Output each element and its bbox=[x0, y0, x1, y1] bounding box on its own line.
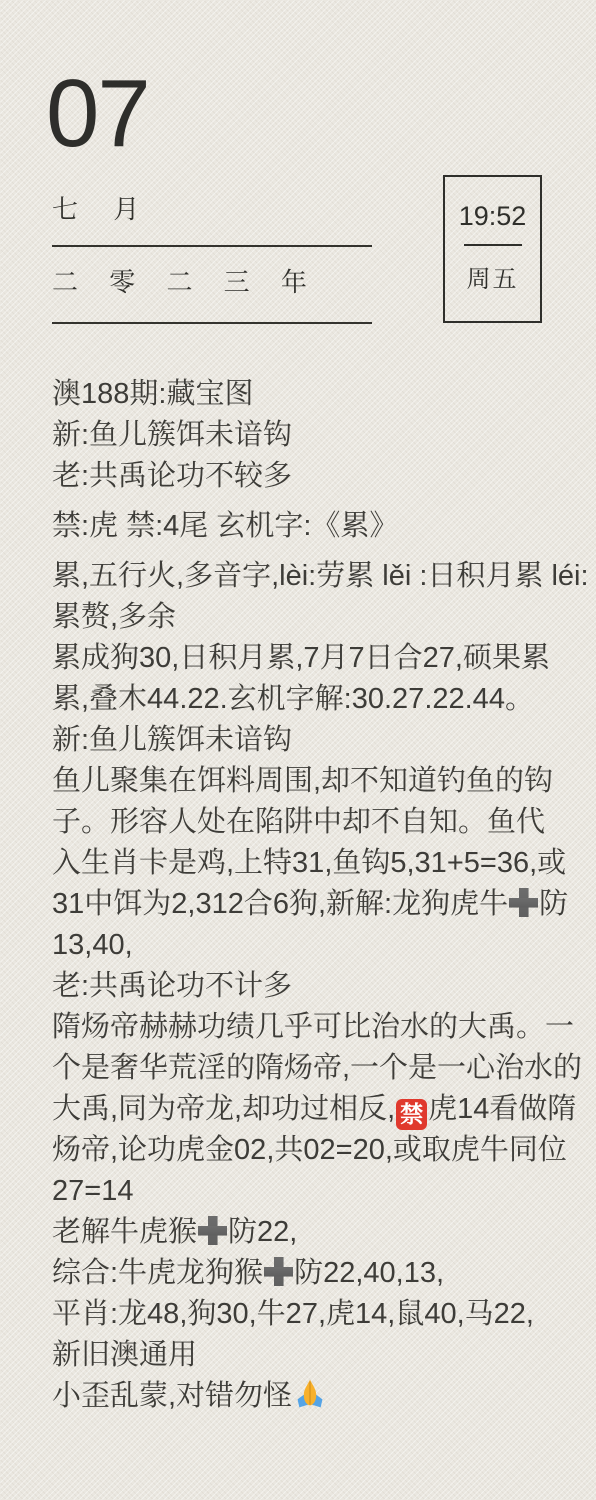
year-label: 二 零 二 三 年 bbox=[52, 267, 319, 297]
body-line: 27=14 bbox=[52, 1171, 572, 1212]
body-line: 累赘,多余 bbox=[52, 597, 572, 638]
body-line: 综合:牛虎龙狗猴防22,40,13, bbox=[52, 1253, 572, 1294]
body-line: 禁:虎 禁:4尾 玄机字:《累》 bbox=[52, 506, 572, 547]
day-number: 07 bbox=[46, 64, 149, 165]
body-line: 澳188期:藏宝图 bbox=[52, 374, 572, 415]
body-line: 老解牛虎猴防22, bbox=[52, 1212, 572, 1253]
body-line: 累,叠木44.22.玄机字解:30.27.22.44。 bbox=[52, 679, 572, 720]
body-line: 老:共禹论功不计多 bbox=[52, 966, 572, 1007]
body-line: 新:鱼儿簇饵未谙钩 bbox=[52, 720, 572, 761]
body-line: 入生肖卡是鸡,上特31,鱼钩5,31+5=36,或 bbox=[52, 843, 572, 884]
body-line: 个是奢华荒淫的隋炀帝,一个是一心治水的 bbox=[52, 1048, 572, 1089]
divider-line bbox=[52, 245, 372, 247]
body-line: 新旧澳通用 bbox=[52, 1335, 572, 1376]
body-line: 大禹,同为帝龙,却功过相反,禁虎14看做隋 bbox=[52, 1089, 572, 1130]
body-line: 13,40, bbox=[52, 925, 572, 966]
month-label: 七 月 bbox=[52, 194, 153, 224]
clock-weekday: 周五 bbox=[467, 265, 519, 295]
body-line: 累成狗30,日积月累,7月7日合27,硕果累 bbox=[52, 638, 572, 679]
plus-icon bbox=[509, 888, 538, 917]
body-line: 鱼儿聚集在饵料周围,却不知道钓鱼的钩 bbox=[52, 761, 572, 802]
body-text: 澳188期:藏宝图新:鱼儿簇饵未谙钩老:共禹论功不较多禁:虎 禁:4尾 玄机字:… bbox=[52, 374, 572, 1417]
body-line: 子。形容人处在陷阱中却不自知。鱼代 bbox=[52, 802, 572, 843]
calendar-card: 07 七 月 二 零 二 三 年 19:52 周五 澳188期:藏宝图新:鱼儿簇… bbox=[0, 0, 596, 1500]
body-line: 新:鱼儿簇饵未谙钩 bbox=[52, 415, 572, 456]
body-line: 隋炀帝赫赫功绩几乎可比治水的大禹。一 bbox=[52, 1007, 572, 1048]
plus-icon bbox=[264, 1257, 293, 1286]
clock-box: 19:52 周五 bbox=[443, 175, 542, 323]
body-line: 平肖:龙48,狗30,牛27,虎14,鼠40,马22, bbox=[52, 1294, 572, 1335]
clock-divider bbox=[464, 244, 522, 246]
divider-line bbox=[52, 322, 372, 324]
body-line: 老:共禹论功不较多 bbox=[52, 456, 572, 497]
plus-icon bbox=[198, 1216, 227, 1245]
body-line: 小歪乱蒙,对错勿怪 bbox=[52, 1376, 572, 1417]
folded-hands-icon bbox=[294, 1378, 326, 1410]
body-line: 炀帝,论功虎金02,共02=20,或取虎牛同位 bbox=[52, 1130, 572, 1171]
body-line: 累,五行火,多音字,lèi:劳累 lěi :日积月累 léi: bbox=[52, 556, 572, 597]
body-line: 31中饵为2,312合6狗,新解:龙狗虎牛防 bbox=[52, 884, 572, 925]
prohibited-icon: 禁 bbox=[396, 1099, 427, 1130]
clock-time: 19:52 bbox=[459, 201, 527, 231]
